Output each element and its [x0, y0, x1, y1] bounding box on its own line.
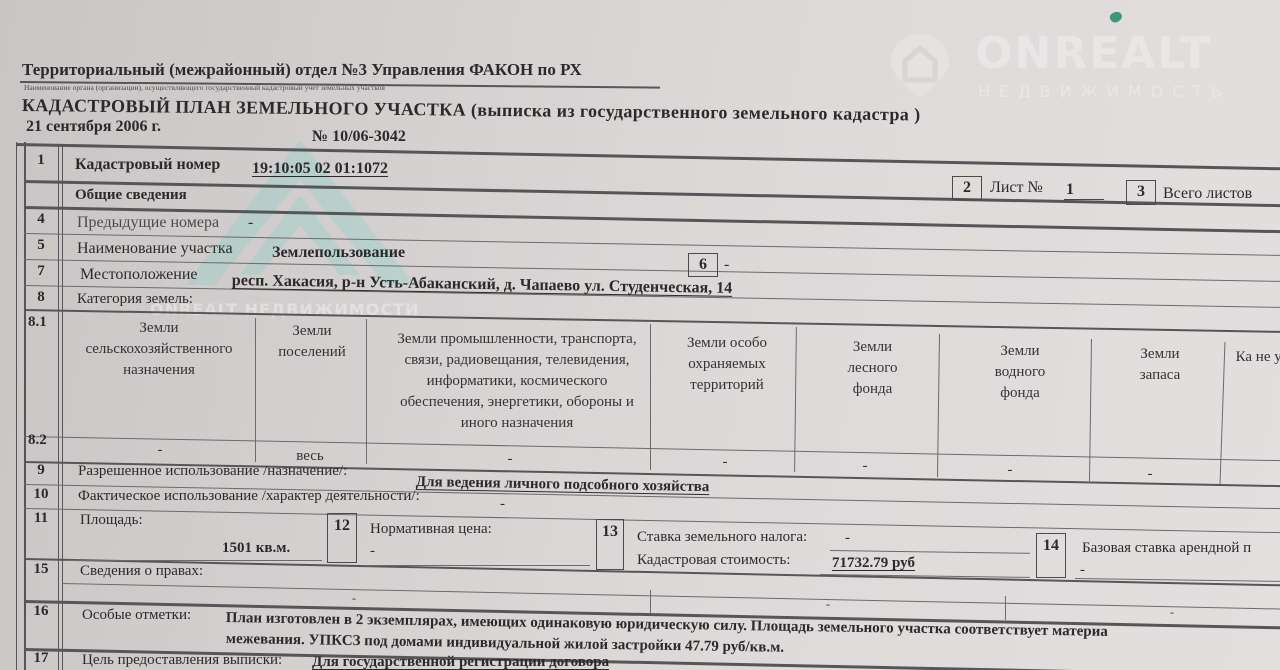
previous-numbers-value: -	[248, 214, 253, 232]
location-label: Местоположение	[80, 266, 198, 284]
normative-price-label: Нормативная цена:	[370, 521, 492, 538]
cadastral-number-label: Кадастровый номер	[75, 156, 220, 174]
col-divider	[650, 590, 651, 614]
col-divider	[1005, 596, 1006, 620]
total-sheets-label: Всего листов	[1163, 185, 1252, 203]
cadastral-plan-document: ONREALT НЕДВИЖИМОСТЬ ONREALT НЕДВИЖИМОСТ…	[0, 0, 1280, 670]
sheet-label: Лист №	[990, 179, 1043, 197]
row-line	[24, 436, 1280, 461]
actual-use-value: -	[500, 496, 505, 513]
row-number: 10	[24, 486, 58, 503]
underline	[64, 560, 322, 561]
area-value: 1501 кв.м.	[222, 540, 290, 557]
area-label: Площадь:	[80, 512, 143, 529]
base-rent-rate-label: Базовая ставка арендной п	[1082, 540, 1251, 557]
watermark-subtitle: НЕДВИЖИМОСТЬ	[978, 82, 1231, 101]
category-industry: Земли промышленности, транспорта, связи,…	[392, 329, 642, 434]
row-number: 8.2	[24, 432, 58, 449]
category-protected: Земли особо охраняемых территорий	[672, 333, 782, 396]
document-date: 21 сентября 2006 г.	[26, 118, 161, 136]
row-number: 11	[24, 510, 58, 527]
value-water: -	[980, 460, 1040, 481]
category-reserve: Земли запаса	[1125, 344, 1195, 386]
category-agricultural: Земли сельскохозяйственного назначения	[64, 318, 254, 381]
row-number: 17	[24, 650, 58, 667]
rights-cell-2: -	[826, 597, 830, 612]
row-number: 7	[24, 263, 58, 280]
rights-cell-1: -	[352, 591, 356, 606]
field-box-2: 2	[952, 176, 982, 200]
cadastral-cost-value: 71732.79 руб	[832, 555, 915, 572]
value-forest: -	[835, 456, 895, 477]
organization-caption: Наименование органа (организации), осуще…	[24, 83, 385, 92]
base-rent-rate-value: -	[1080, 562, 1085, 579]
category-settlements: Земли поселений	[262, 321, 362, 363]
row-number: 1	[24, 152, 58, 169]
field-6-value: -	[724, 256, 729, 274]
col-divider	[1220, 342, 1226, 484]
extract-purpose-value: Для государственной регистрации договора	[312, 654, 609, 670]
category-forest: Земли лесного фонда	[835, 337, 910, 400]
field-box-3: 3	[1126, 180, 1156, 205]
permitted-use-label: Разрешенное использование /назначение/:	[78, 463, 347, 480]
house-pin-icon	[885, 30, 955, 100]
special-notes-line2: межевания. УПКСЗ под домами индивидуальн…	[226, 631, 784, 657]
value-protected: -	[695, 452, 755, 473]
row-number: 8	[24, 289, 58, 306]
sheet-value: 1	[1064, 181, 1104, 200]
previous-numbers-label: Предыдущие номера	[77, 214, 219, 232]
col-divider	[650, 324, 651, 470]
normative-price-value: -	[370, 543, 375, 560]
field-box-14: 14	[1036, 533, 1066, 578]
land-category-label: Категория земель:	[77, 291, 193, 308]
value-agricultural: -	[130, 440, 190, 461]
land-tax-value: -	[845, 530, 850, 547]
document-number: № 10/06-3042	[312, 128, 406, 146]
row-number: 8.1	[24, 314, 58, 331]
row-number: 4	[24, 211, 58, 228]
col-divider	[255, 318, 256, 462]
special-notes-label: Особые отметки:	[82, 607, 191, 624]
field-box-6: 6	[688, 253, 718, 277]
organization-name: Территориальный (межрайонный) отдел №3 У…	[22, 60, 582, 80]
category-undefined: Ка не ус	[1232, 347, 1280, 368]
row-number: 5	[24, 237, 58, 254]
row-number: 16	[24, 603, 58, 620]
cadastral-cost-label: Кадастровая стоимость:	[637, 552, 790, 569]
parcel-name-label: Наименование участка	[77, 240, 233, 258]
actual-use-label: Фактическое использование /характер деят…	[78, 488, 420, 505]
underline	[830, 550, 1030, 554]
row-number: 15	[24, 561, 58, 578]
parcel-name-value: Землепользование	[272, 244, 405, 262]
frame-num-col-2	[62, 146, 63, 670]
underline	[365, 565, 590, 566]
field-box-12: 12	[327, 513, 357, 563]
rights-label: Сведения о правах:	[80, 563, 203, 580]
extract-purpose-label: Цель предоставления выписки:	[82, 652, 282, 669]
value-industry: -	[480, 449, 540, 470]
frame-num-col	[58, 146, 59, 670]
row-number: 9	[24, 462, 58, 479]
rights-cell-3: -	[1170, 605, 1174, 620]
col-divider	[937, 334, 940, 477]
land-tax-label: Ставка земельного налога:	[637, 529, 807, 546]
category-water: Земли водного фонда	[980, 341, 1060, 404]
watermark-brand: ONREALT	[975, 28, 1212, 79]
frame-left	[16, 142, 17, 670]
col-divider	[366, 319, 367, 464]
general-info-heading: Общие сведения	[75, 187, 187, 204]
col-divider	[1089, 339, 1092, 481]
field-box-13: 13	[596, 519, 624, 570]
value-reserve: -	[1120, 464, 1180, 485]
ink-spot	[1108, 10, 1123, 25]
cadastral-number-value: 19:10:05 02 01:1072	[252, 160, 388, 178]
